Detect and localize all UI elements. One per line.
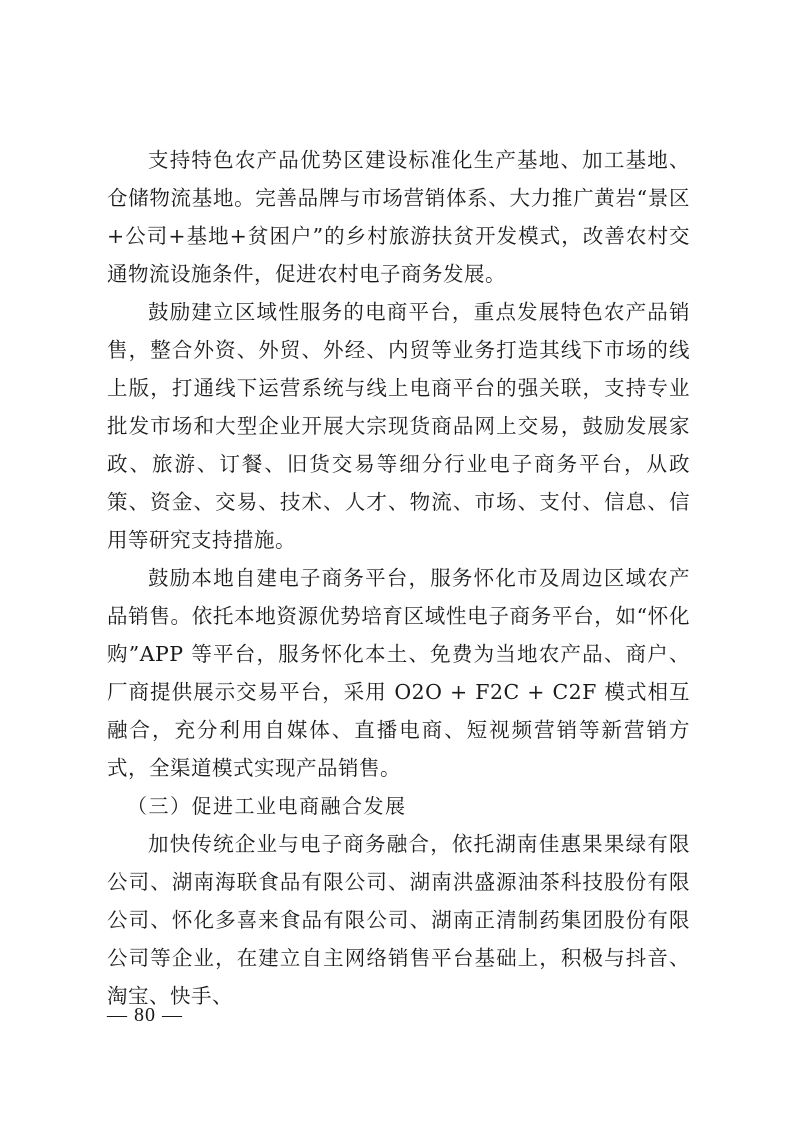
section-heading: （三）促进工业电商融合发展	[107, 787, 690, 825]
paragraph-regional-platform: 鼓励建立区域性服务的电商平台，重点发展特色农产品销售，整合外资、外贸、外经、内贸…	[107, 293, 690, 559]
paragraph-local-platform: 鼓励本地自建电子商务平台，服务怀化市及周边区域农产品销售。依托本地资源优势培育区…	[107, 559, 690, 787]
page-body: 支持特色农产品优势区建设标准化生产基地、加工基地、仓储物流基地。完善品牌与市场营…	[107, 141, 690, 1015]
paragraph-agri-bases: 支持特色农产品优势区建设标准化生产基地、加工基地、仓储物流基地。完善品牌与市场营…	[107, 141, 690, 293]
page-number: — 80 —	[107, 1000, 183, 1030]
paragraph-industrial-ecommerce: 加快传统企业与电子商务融合，依托湖南佳惠果果绿有限公司、湖南海联食品有限公司、湖…	[107, 825, 690, 1015]
